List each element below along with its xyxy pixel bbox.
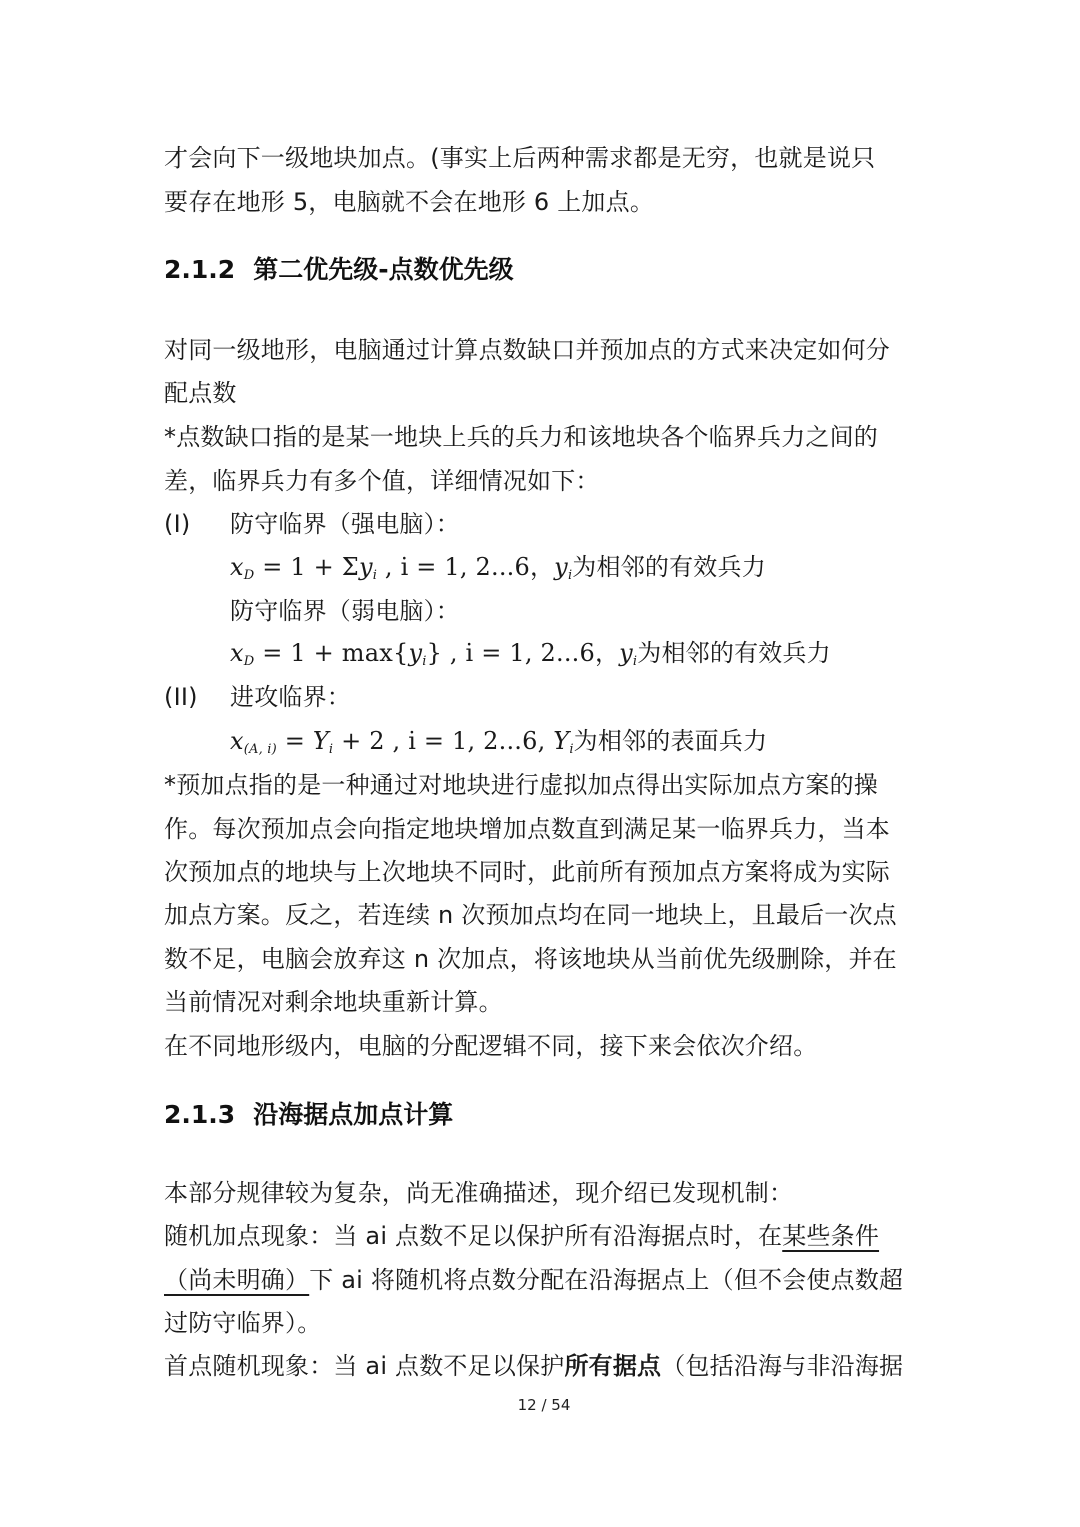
math-sub: D [244,568,255,583]
list-item-defense: (I)防守临界（强电脑）： [164,502,920,546]
paragraph-line: 才会向下一级地块加点。(事实上后两种需求都是无穷，也就是说只 [164,136,920,180]
math-var: x [230,553,244,581]
section-number: 2.1.3 [164,1100,235,1129]
math-var: Y [313,727,329,755]
math-range: , i = 1, 2...6， [442,639,619,667]
list-marker: (II) [164,675,230,719]
list-item-label: 进攻临界： [230,683,351,711]
list-item-label: 防守临界（强电脑）： [230,510,460,538]
math-expr: = 1 + max{ [254,639,408,667]
list-item-attack: (II)进攻临界： [164,675,920,719]
text-span: 首点随机现象：当 ai 点数不足以保护 [164,1352,564,1380]
formula-note: 为相邻的表面兵力 [574,727,768,755]
math-expr: } [427,639,442,667]
math-expr: = 1 + Σ [254,553,359,581]
formula-note: 为相邻的有效兵力 [572,553,766,581]
underlined-text: 某些条件 [782,1222,879,1250]
underlined-text: （尚未明确） [164,1266,309,1294]
text-span: 随机加点现象：当 ai 点数不足以保护所有沿海据点时，在 [164,1222,782,1250]
math-expr: = [277,727,313,755]
document-page: 才会向下一级地块加点。(事实上后两种需求都是无穷，也就是说只 要存在地形 5，电… [0,0,1080,1527]
math-var: y [408,639,422,667]
math-sub: D [244,654,255,669]
paragraph-line: 对同一级地形，电脑通过计算点数缺口并预加点的方式来决定如何分 [164,328,920,372]
math-range: , i = 1, 2...6, [385,727,554,755]
text-span: （包括沿海与非沿海据 [661,1352,903,1380]
section-heading-2-1-2: 2.1.2第二优先级-点数优先级 [164,250,514,290]
list-item-label: 防守临界（弱电脑）： [230,589,986,633]
paragraph-line: 作。每次预加点会向指定地块增加点数直到满足某一临界兵力，当本 [164,807,920,851]
math-sub: (A, i) [244,742,277,757]
paragraph-line: 配点数 [164,371,920,415]
paragraph-line: 本部分规律较为复杂，尚无准确描述，现介绍已发现机制： [164,1171,920,1215]
math-var: x [230,727,244,755]
paragraph-line: 过防守临界）。 [164,1301,920,1345]
section-title: 沿海据点加点计算 [253,1100,453,1129]
math-var: Y [553,727,569,755]
section-heading-2-1-3: 2.1.3沿海据点加点计算 [164,1095,453,1135]
section-number: 2.1.2 [164,255,235,284]
list-marker: (I) [164,502,230,546]
paragraph-line: 次预加点的地块与上次地块不同时，此前所有预加点方案将成为实际 [164,850,920,894]
paragraph-line: 在不同地形级内，电脑的分配逻辑不同，接下来会依次介绍。 [164,1024,920,1068]
math-var: x [230,639,244,667]
math-var: y [619,639,633,667]
paragraph-line: 当前情况对剩余地块重新计算。 [164,980,920,1024]
paragraph-line: *点数缺口指的是某一地块上兵的兵力和该地块各个临界兵力之间的 [164,415,920,459]
paragraph-line: 要存在地形 5，电脑就不会在地形 6 上加点。 [164,180,920,224]
paragraph-line: 差，临界兵力有多个值，详细情况如下： [164,459,920,503]
paragraph-line: 加点方案。反之，若连续 n 次预加点均在同一地块上，且最后一次点 [164,893,920,937]
paragraph-line: 随机加点现象：当 ai 点数不足以保护所有沿海据点时，在某些条件 [164,1214,920,1258]
formula-note: 为相邻的有效兵力 [637,639,831,667]
paragraph-line: （尚未明确）下 ai 将随机将点数分配在沿海据点上（但不会使点数超 [164,1258,920,1302]
paragraph-line: 首点随机现象：当 ai 点数不足以保护所有据点（包括沿海与非沿海据 [164,1344,920,1388]
page-number: 12 / 54 [0,1393,1080,1417]
bold-text: 所有据点 [564,1352,661,1380]
math-var: y [554,553,568,581]
math-range: , i = 1, 2...6， [377,553,554,581]
math-expr: + 2 [333,727,384,755]
text-span: 下 ai 将随机将点数分配在沿海据点上（但不会使点数超 [309,1266,903,1294]
math-var: y [359,553,373,581]
paragraph-line: *预加点指的是一种通过对地块进行虚拟加点得出实际加点方案的操 [164,763,920,807]
section-title: 第二优先级-点数优先级 [253,255,513,284]
paragraph-line: 数不足，电脑会放弃这 n 次加点，将该地块从当前优先级删除，并在 [164,937,920,981]
